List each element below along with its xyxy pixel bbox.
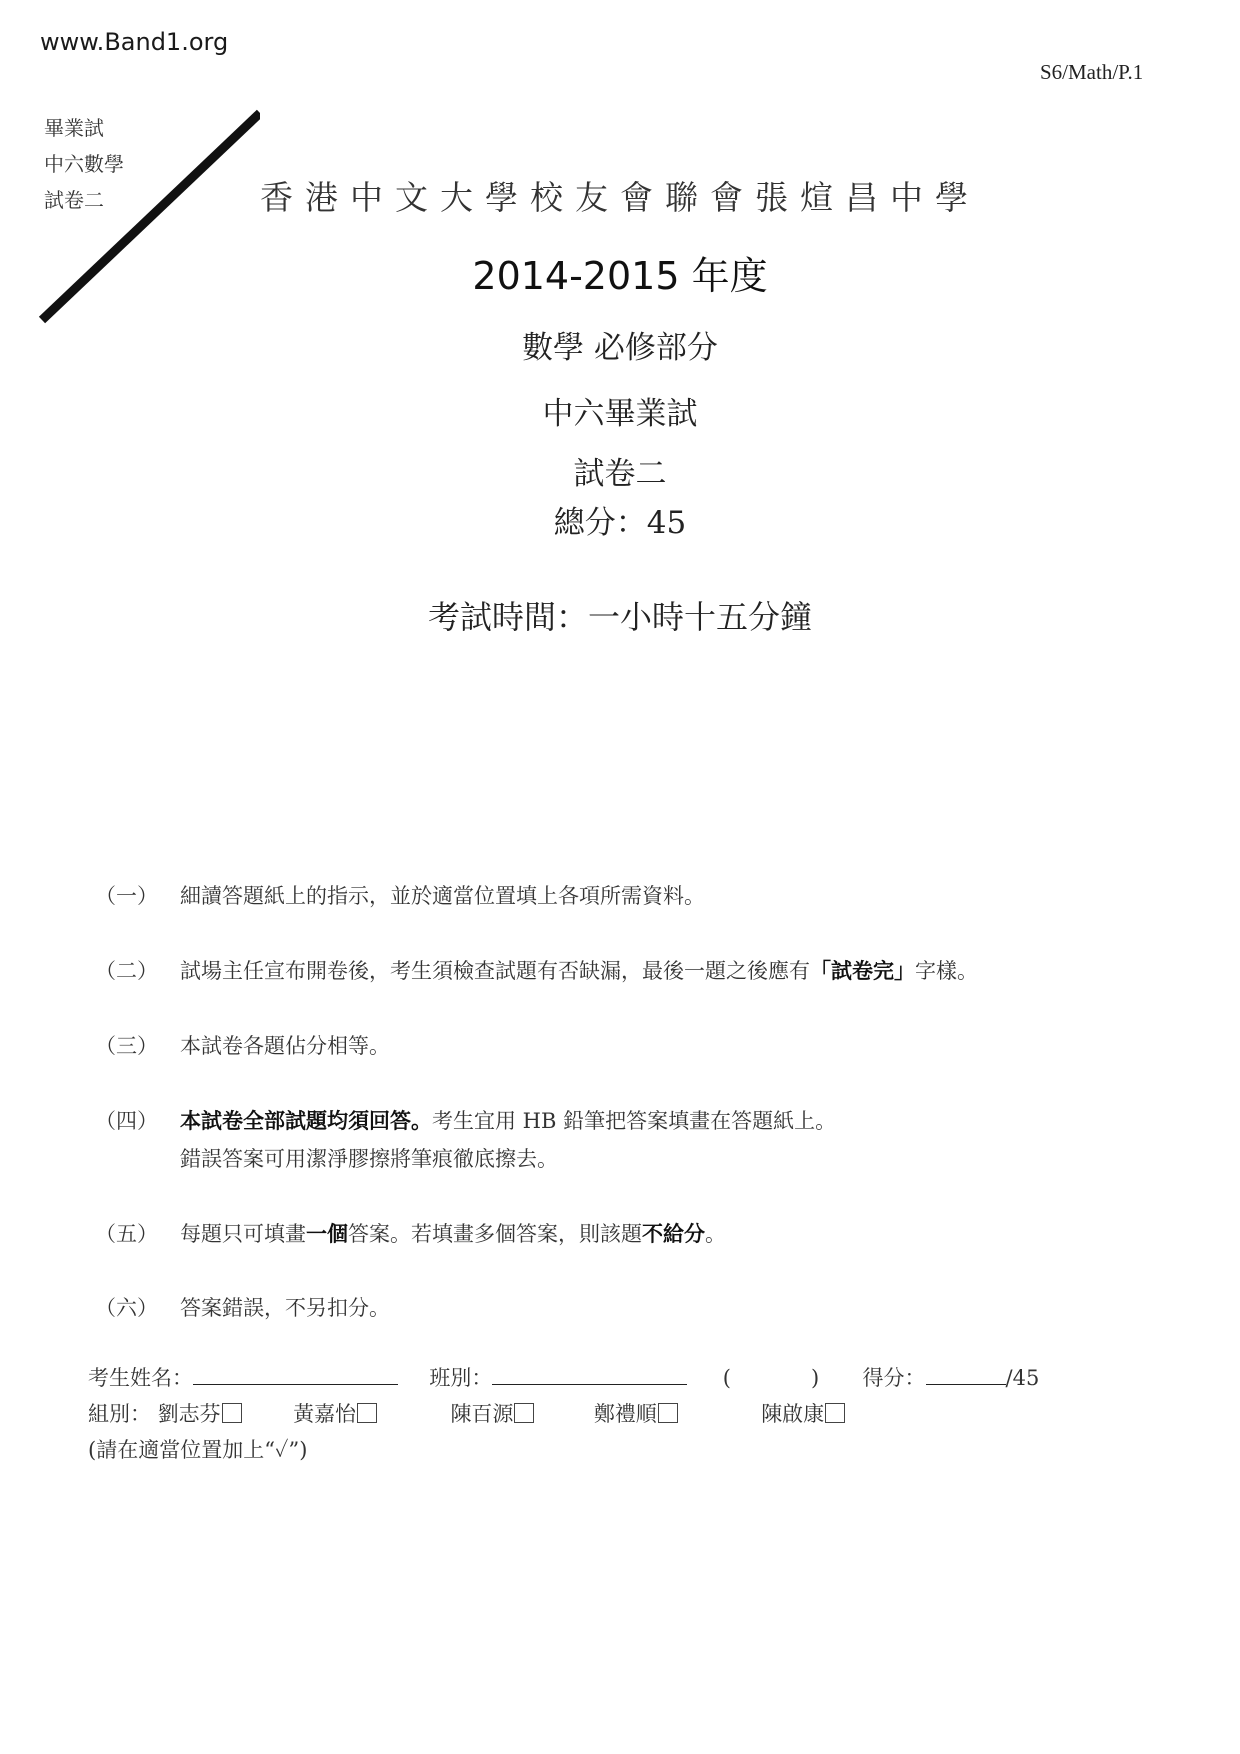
class-number-open-paren: ( — [723, 1366, 731, 1390]
instruction-number: （一） — [95, 880, 175, 910]
checkbox-icon[interactable] — [222, 1403, 242, 1423]
instruction-text-line2: 錯誤答案可用潔淨膠擦將筆痕徹底擦去。 — [180, 1143, 558, 1173]
score-field[interactable] — [926, 1364, 1006, 1385]
instruction-text: 答案。若填畫多個答案，則該題 — [348, 1222, 642, 1246]
school-name: 香港中文大學校友會聯會張煊昌中學 — [0, 172, 1240, 219]
tick-note: (請在適當位置加上“✓”) — [88, 1434, 307, 1464]
instruction-text: 字樣。 — [915, 959, 978, 983]
checkbox-icon[interactable] — [825, 1403, 845, 1423]
group-option-1[interactable]: 劉志芬 — [158, 1402, 242, 1426]
group-option-5[interactable]: 陳啟康 — [761, 1402, 845, 1426]
subject: 數學 必修部分 — [0, 322, 1240, 367]
group-option-3[interactable]: 陳百源 — [450, 1402, 534, 1426]
exam-name: 中六畢業試 — [0, 388, 1240, 433]
name-field[interactable] — [193, 1364, 398, 1385]
instruction-number: （四） — [95, 1105, 175, 1135]
class-number-close-paren: ) — [811, 1366, 819, 1390]
group-option-4[interactable]: 鄭禮順 — [594, 1402, 678, 1426]
total-marks: 總分：45 — [0, 497, 1240, 542]
name-class-score-row: 考生姓名： 班別： () 得分：/45 — [88, 1362, 1039, 1392]
instruction-text: 。 — [705, 1222, 726, 1246]
page-code: S6/Math/P.1 — [1040, 60, 1143, 85]
exam-duration: 考試時間：一小時十五分鐘 — [0, 592, 1240, 638]
paper-number: 試卷二 — [0, 448, 1240, 493]
instruction-text: 試場主任宣布開卷後，考生須檢查試題有否缺漏，最後一題之後應有 — [180, 959, 810, 983]
instruction-number: （二） — [95, 955, 175, 985]
score-total: /45 — [1006, 1366, 1040, 1390]
group-name: 陳啟康 — [761, 1402, 824, 1426]
academic-year: 2014-2015 年度 — [0, 245, 1240, 300]
instruction-number: （五） — [95, 1218, 175, 1248]
instruction-text: 每題只可填畫 — [180, 1222, 306, 1246]
instruction-emphasis: 一個 — [306, 1221, 348, 1246]
class-label: 班別： — [429, 1366, 492, 1390]
group-label: 組別： — [88, 1402, 151, 1426]
group-name: 黃嘉怡 — [293, 1402, 356, 1426]
instruction-text: 細讀答題紙上的指示，並於適當位置填上各項所需資料。 — [180, 884, 705, 908]
name-label: 考生姓名： — [88, 1366, 193, 1390]
score-label: 得分： — [863, 1366, 926, 1390]
instruction-number: （六） — [95, 1292, 175, 1322]
group-name: 鄭禮順 — [594, 1402, 657, 1426]
checkbox-icon[interactable] — [357, 1403, 377, 1423]
class-field[interactable] — [492, 1364, 687, 1385]
watermark: www.Band1.org — [40, 28, 228, 56]
instruction-text: 本試卷各題佔分相等。 — [180, 1034, 390, 1058]
instruction-number: （三） — [95, 1030, 175, 1060]
instruction-text: 答案錯誤，不另扣分。 — [180, 1296, 390, 1320]
group-name: 劉志芬 — [158, 1402, 221, 1426]
instruction-emphasis: 本試卷全部試題均須回答。 — [180, 1108, 432, 1133]
group-row: 組別： 劉志芬 黃嘉怡 陳百源 鄭禮順 陳啟康 — [88, 1398, 845, 1428]
group-name: 陳百源 — [450, 1402, 513, 1426]
instruction-emphasis: 「試卷完」 — [810, 958, 915, 983]
instruction-text: 考生宜用 HB 鉛筆把答案填畫在答題紙上。 — [432, 1109, 836, 1133]
checkbox-icon[interactable] — [658, 1403, 678, 1423]
instruction-emphasis: 不給分 — [642, 1221, 705, 1246]
checkbox-icon[interactable] — [514, 1403, 534, 1423]
group-option-2[interactable]: 黃嘉怡 — [293, 1402, 377, 1426]
